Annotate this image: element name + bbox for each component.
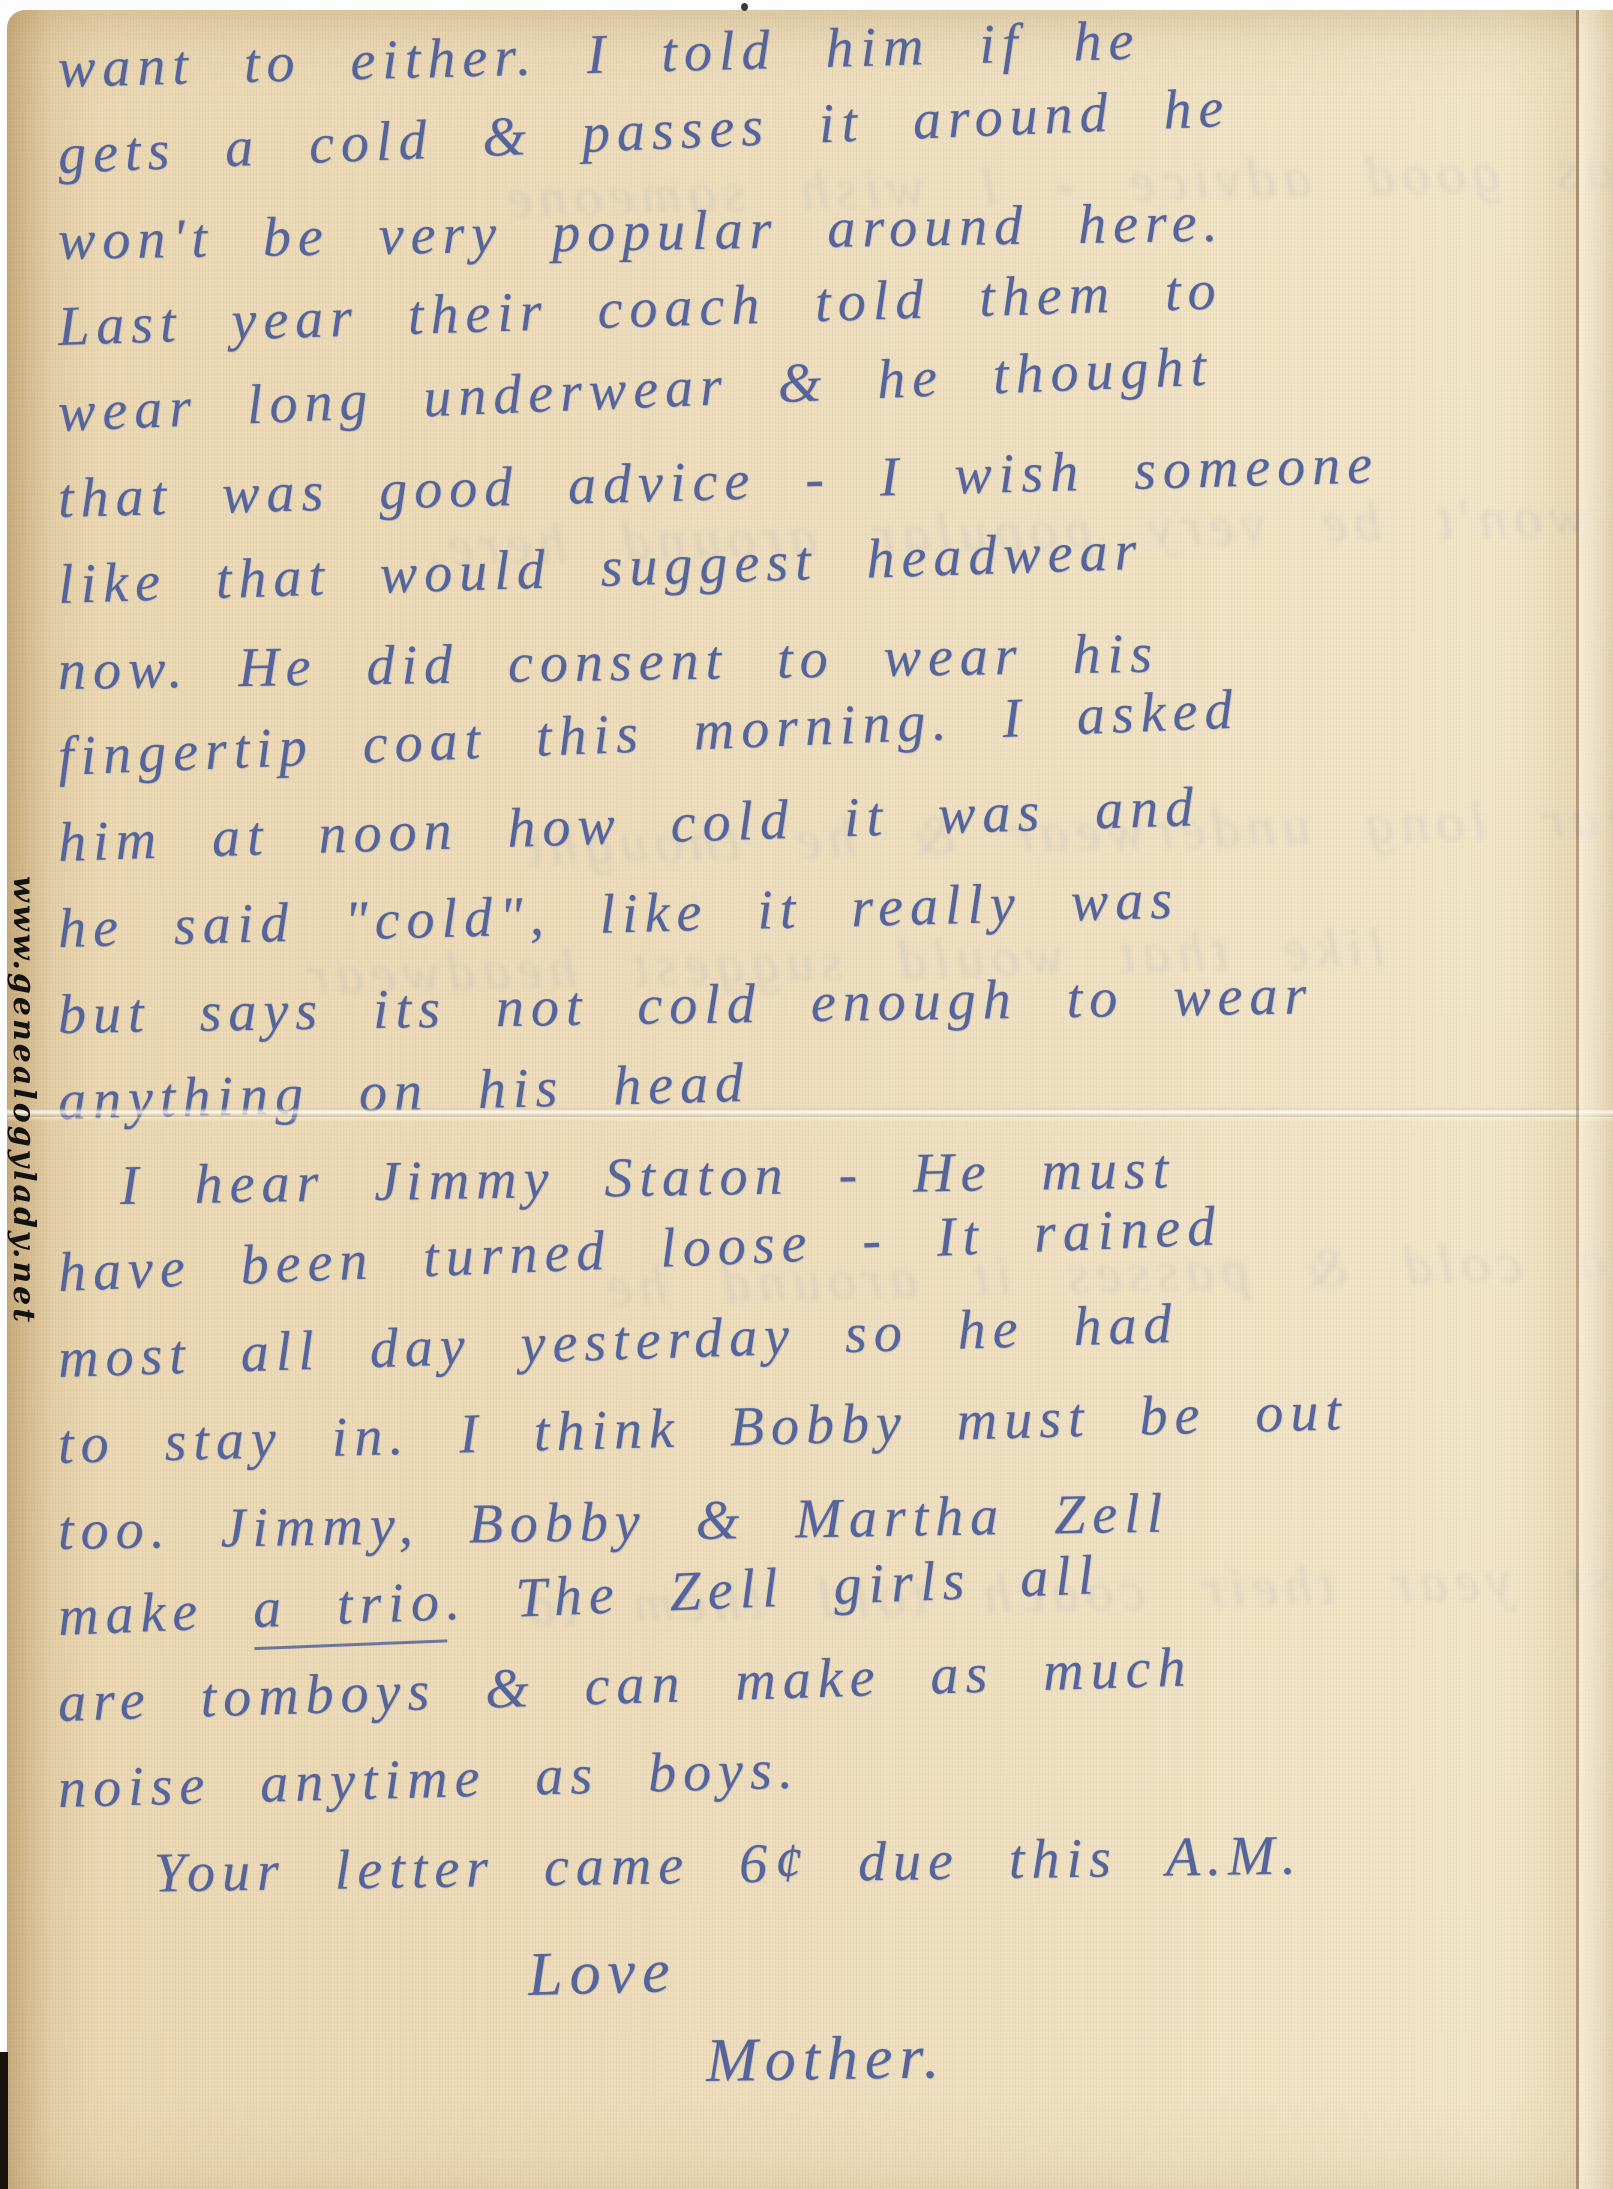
page-edge-light-strip — [1579, 10, 1613, 2189]
trio-prefix: make — [57, 1578, 254, 1648]
trio-underlined-text: a trio — [252, 1570, 448, 1650]
letter-signature: Mother. — [705, 2004, 1578, 2104]
letter-closing: Love — [527, 1905, 1579, 2018]
scan-speck — [741, 3, 748, 11]
horizontal-fold-crease — [7, 1108, 1613, 1117]
scanner-background-top — [0, 0, 1613, 10]
trio-suffix: . The Zell girls all — [445, 1544, 1102, 1632]
watermark: www.genealogylady.net — [6, 876, 41, 1416]
letter-body: want to either. I told him if he gets a … — [58, 26, 1578, 2104]
scanner-black-edge — [0, 2052, 8, 2189]
